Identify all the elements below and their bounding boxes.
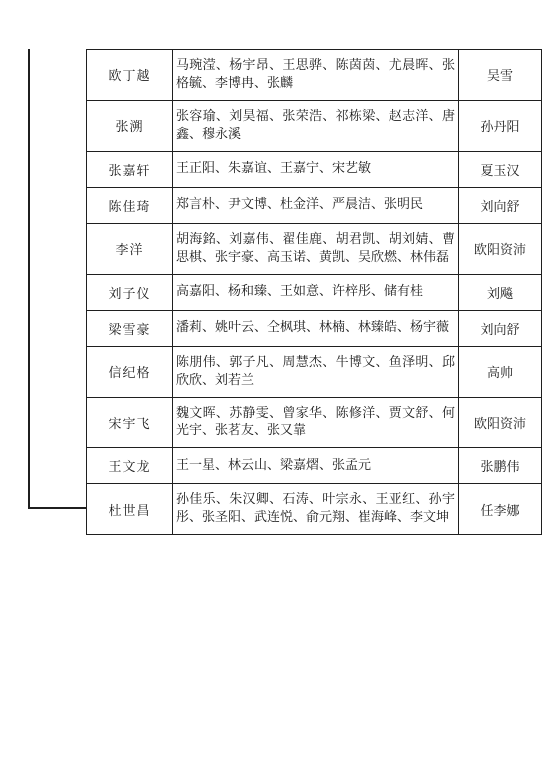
leader-name-cell: 李洋 (87, 223, 173, 274)
table-row: 张嘉轩 王正阳、朱嘉谊、王嘉宁、宋艺敏 夏玉汉 (87, 151, 542, 187)
table-row: 宋宇飞 魏文晖、苏静雯、曾家华、陈修洋、贾文舒、何光宇、张茗友、张又靠 欧阳资沛 (87, 397, 542, 448)
leader-name-cell: 信纪格 (87, 346, 173, 397)
members-list-cell: 王正阳、朱嘉谊、王嘉宁、宋艺敏 (173, 151, 459, 187)
table-row: 梁雪豪 潘莉、姚叶云、仝枫琪、林楠、林臻皓、杨宇薇 刘向舒 (87, 310, 542, 346)
members-list-cell: 马琬滢、杨宇昂、王思骅、陈茵茵、尤晨晖、张格毓、李博冉、张麟 (173, 50, 459, 101)
right-name-cell: 刘飚 (459, 274, 542, 310)
right-name-cell: 高帅 (459, 346, 542, 397)
members-list-cell: 魏文晖、苏静雯、曾家华、陈修洋、贾文舒、何光宇、张茗友、张又靠 (173, 397, 459, 448)
table-row: 张溯 张容瑜、刘昊福、张荣浩、祁栋梁、赵志洋、唐鑫、穆永溪 孙丹阳 (87, 100, 542, 151)
right-name-cell: 任李娜 (459, 484, 542, 535)
right-name-cell: 刘向舒 (459, 310, 542, 346)
right-name-cell: 刘向舒 (459, 187, 542, 223)
leader-name-cell: 张溯 (87, 100, 173, 151)
leader-name-cell: 王文龙 (87, 448, 173, 484)
table-row: 陈佳琦 郑言朴、尹文博、杜金洋、严晨洁、张明民 刘向舒 (87, 187, 542, 223)
right-name-cell: 吴雪 (459, 50, 542, 101)
table-row: 欧丁越 马琬滢、杨宇昂、王思骅、陈茵茵、尤晨晖、张格毓、李博冉、张麟 吴雪 (87, 50, 542, 101)
members-list-cell: 潘莉、姚叶云、仝枫琪、林楠、林臻皓、杨宇薇 (173, 310, 459, 346)
members-list-cell: 王一星、林云山、梁嘉熠、张孟元 (173, 448, 459, 484)
right-name-cell: 夏玉汉 (459, 151, 542, 187)
document-page: 欧丁越 马琬滢、杨宇昂、王思骅、陈茵茵、尤晨晖、张格毓、李博冉、张麟 吴雪 张溯… (0, 0, 552, 781)
empty-left-column (28, 49, 87, 509)
right-name-cell: 张鹏伟 (459, 448, 542, 484)
leader-name-cell: 刘子仪 (87, 274, 173, 310)
leader-name-cell: 欧丁越 (87, 50, 173, 101)
right-name-cell: 欧阳资沛 (459, 223, 542, 274)
leader-name-cell: 杜世昌 (87, 484, 173, 535)
members-list-cell: 孙佳乐、朱汉卿、石涛、叶宗永、王亚红、孙宇彤、张圣阳、武连悦、俞元翔、崔海峰、李… (173, 484, 459, 535)
members-list-cell: 张容瑜、刘昊福、张荣浩、祁栋梁、赵志洋、唐鑫、穆永溪 (173, 100, 459, 151)
members-list-cell: 高嘉阳、杨和臻、王如意、许梓彤、储有桂 (173, 274, 459, 310)
members-list-cell: 胡海銘、刘嘉伟、翟佳鹿、胡君凯、胡刘婧、曹思棋、张宇豪、高玉诺、黄凯、吴欣燃、林… (173, 223, 459, 274)
table-row: 王文龙 王一星、林云山、梁嘉熠、张孟元 张鹏伟 (87, 448, 542, 484)
table-row: 杜世昌 孙佳乐、朱汉卿、石涛、叶宗永、王亚红、孙宇彤、张圣阳、武连悦、俞元翔、崔… (87, 484, 542, 535)
members-list-cell: 郑言朴、尹文博、杜金洋、严晨洁、张明民 (173, 187, 459, 223)
table-body: 欧丁越 马琬滢、杨宇昂、王思骅、陈茵茵、尤晨晖、张格毓、李博冉、张麟 吴雪 张溯… (87, 50, 542, 535)
members-list-cell: 陈朋伟、郭子凡、周慧杰、牛博文、鱼泽明、邱欣欣、刘若兰 (173, 346, 459, 397)
leader-name-cell: 张嘉轩 (87, 151, 173, 187)
leader-name-cell: 梁雪豪 (87, 310, 173, 346)
roster-table: 欧丁越 马琬滢、杨宇昂、王思骅、陈茵茵、尤晨晖、张格毓、李博冉、张麟 吴雪 张溯… (86, 49, 542, 535)
leader-name-cell: 宋宇飞 (87, 397, 173, 448)
right-name-cell: 孙丹阳 (459, 100, 542, 151)
table-row: 李洋 胡海銘、刘嘉伟、翟佳鹿、胡君凯、胡刘婧、曹思棋、张宇豪、高玉诺、黄凯、吴欣… (87, 223, 542, 274)
leader-name-cell: 陈佳琦 (87, 187, 173, 223)
right-name-cell: 欧阳资沛 (459, 397, 542, 448)
table-row: 刘子仪 高嘉阳、杨和臻、王如意、许梓彤、储有桂 刘飚 (87, 274, 542, 310)
table-row: 信纪格 陈朋伟、郭子凡、周慧杰、牛博文、鱼泽明、邱欣欣、刘若兰 高帅 (87, 346, 542, 397)
